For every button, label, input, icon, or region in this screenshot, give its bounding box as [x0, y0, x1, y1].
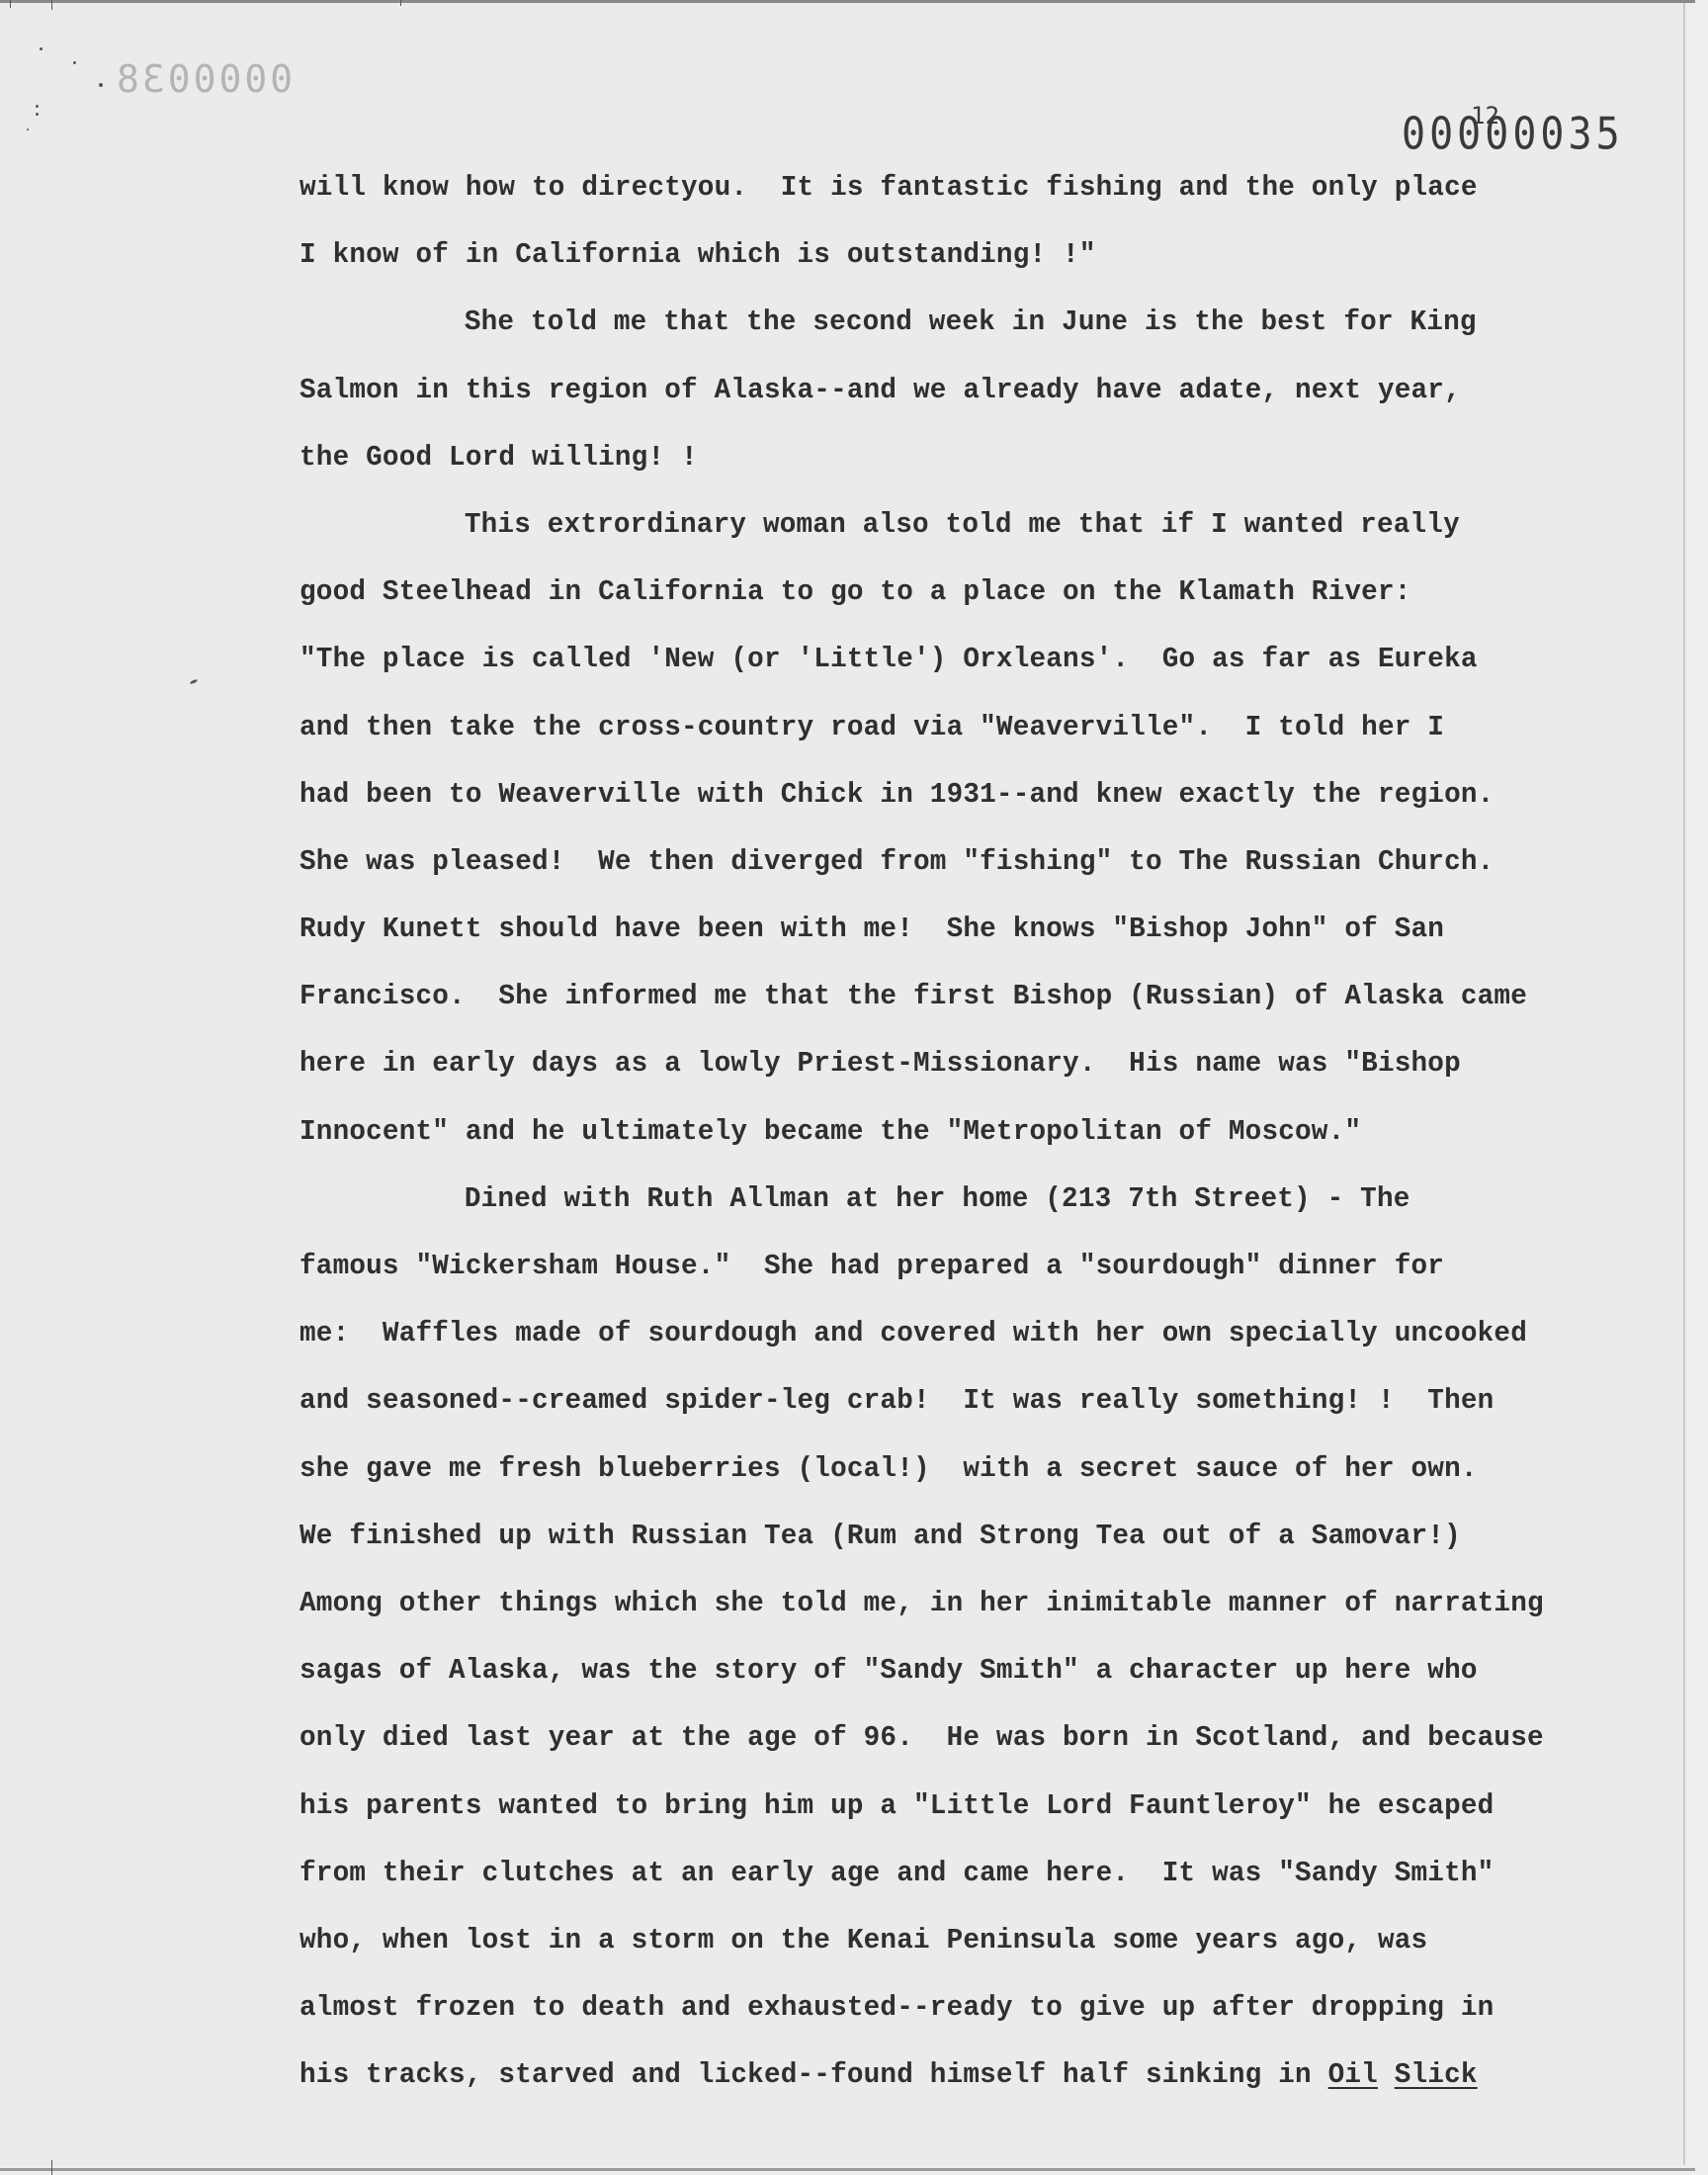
speck: [40, 47, 43, 50]
text-line: will know how to directyou. It is fantas…: [299, 164, 1546, 231]
text-line: who, when lost in a storm on the Kenai P…: [299, 1917, 1546, 1984]
speck: [27, 129, 29, 130]
text-line: she gave me fresh blueberries (local!) w…: [299, 1445, 1546, 1513]
scan-mark: [400, 0, 401, 6]
text-line: had been to Weaverville with Chick in 19…: [299, 771, 1546, 838]
speck: [99, 83, 103, 87]
scan-mark: [10, 0, 11, 8]
text-line: "The place is called 'New (or 'Little') …: [299, 636, 1546, 703]
text-line: from their clutches at an early age and …: [299, 1850, 1546, 1917]
paragraph-start-line: She told me that the second week in June…: [299, 299, 1546, 366]
last-line-text: his tracks, starved and licked--found hi…: [299, 2058, 1328, 2091]
text-line: the Good Lord willing! !: [299, 434, 1546, 501]
speck: [36, 113, 39, 116]
paragraph-start-line: This extrordinary woman also told me tha…: [299, 501, 1546, 568]
text-line: almost frozen to death and exhausted--re…: [299, 1984, 1546, 2051]
text-line: I know of in California which is outstan…: [299, 231, 1546, 299]
text-line: and then take the cross-country road via…: [299, 704, 1546, 771]
speck: [36, 105, 39, 108]
text-line: his parents wanted to bring him up a "Li…: [299, 1783, 1546, 1850]
text-line: Salmon in this region of Alaska--and we …: [299, 367, 1546, 434]
text-line: Innocent" and he ultimately became the "…: [299, 1108, 1546, 1175]
typed-body-text: will know how to directyou. It is fantas…: [299, 164, 1584, 2119]
text-line: here in early days as a lowly Priest-Mis…: [299, 1040, 1546, 1107]
text-line: We finished up with Russian Tea (Rum and…: [299, 1513, 1546, 1580]
text-line: and seasoned--creamed spider-leg crab! I…: [299, 1377, 1546, 1444]
scan-top-edge: [0, 0, 1695, 3]
mirrored-page-stamp: 0000038: [114, 57, 293, 101]
text-line: famous "Wickersham House." She had prepa…: [299, 1243, 1546, 1310]
page-number-stamp: 00000035: [1402, 109, 1624, 160]
scan-bottom-edge: [0, 2168, 1695, 2171]
text-line: Among other things which she told me, in…: [299, 1580, 1546, 1647]
text-line: Francisco. She informed me that the firs…: [299, 973, 1546, 1040]
text-line: She was pleased! We then diverged from "…: [299, 838, 1546, 906]
last-text-line: his tracks, starved and licked--found hi…: [299, 2051, 1546, 2119]
speck: [190, 678, 199, 684]
paragraph-start-line: Dined with Ruth Allman at her home (213 …: [299, 1175, 1546, 1243]
text-line: Rudy Kunett should have been with me! Sh…: [299, 906, 1546, 973]
speck: [73, 61, 76, 64]
underlined-word-slick: Slick: [1395, 2058, 1478, 2091]
text-line: good Steelhead in California to go to a …: [299, 568, 1546, 636]
scan-mark: [51, 0, 52, 10]
page-number-overstrike: 12: [1471, 102, 1499, 130]
document-page: 0000038 00000035 12 will know how to dir…: [0, 0, 1685, 2165]
text-line: me: Waffles made of sourdough and covere…: [299, 1310, 1546, 1377]
text-line: sagas of Alaska, was the story of "Sandy…: [299, 1647, 1546, 1714]
scan-mark: [51, 2160, 52, 2175]
underlined-word-oil: Oil: [1328, 2058, 1378, 2091]
text-line: only died last year at the age of 96. He…: [299, 1714, 1546, 1782]
word-space: [1378, 2058, 1395, 2091]
